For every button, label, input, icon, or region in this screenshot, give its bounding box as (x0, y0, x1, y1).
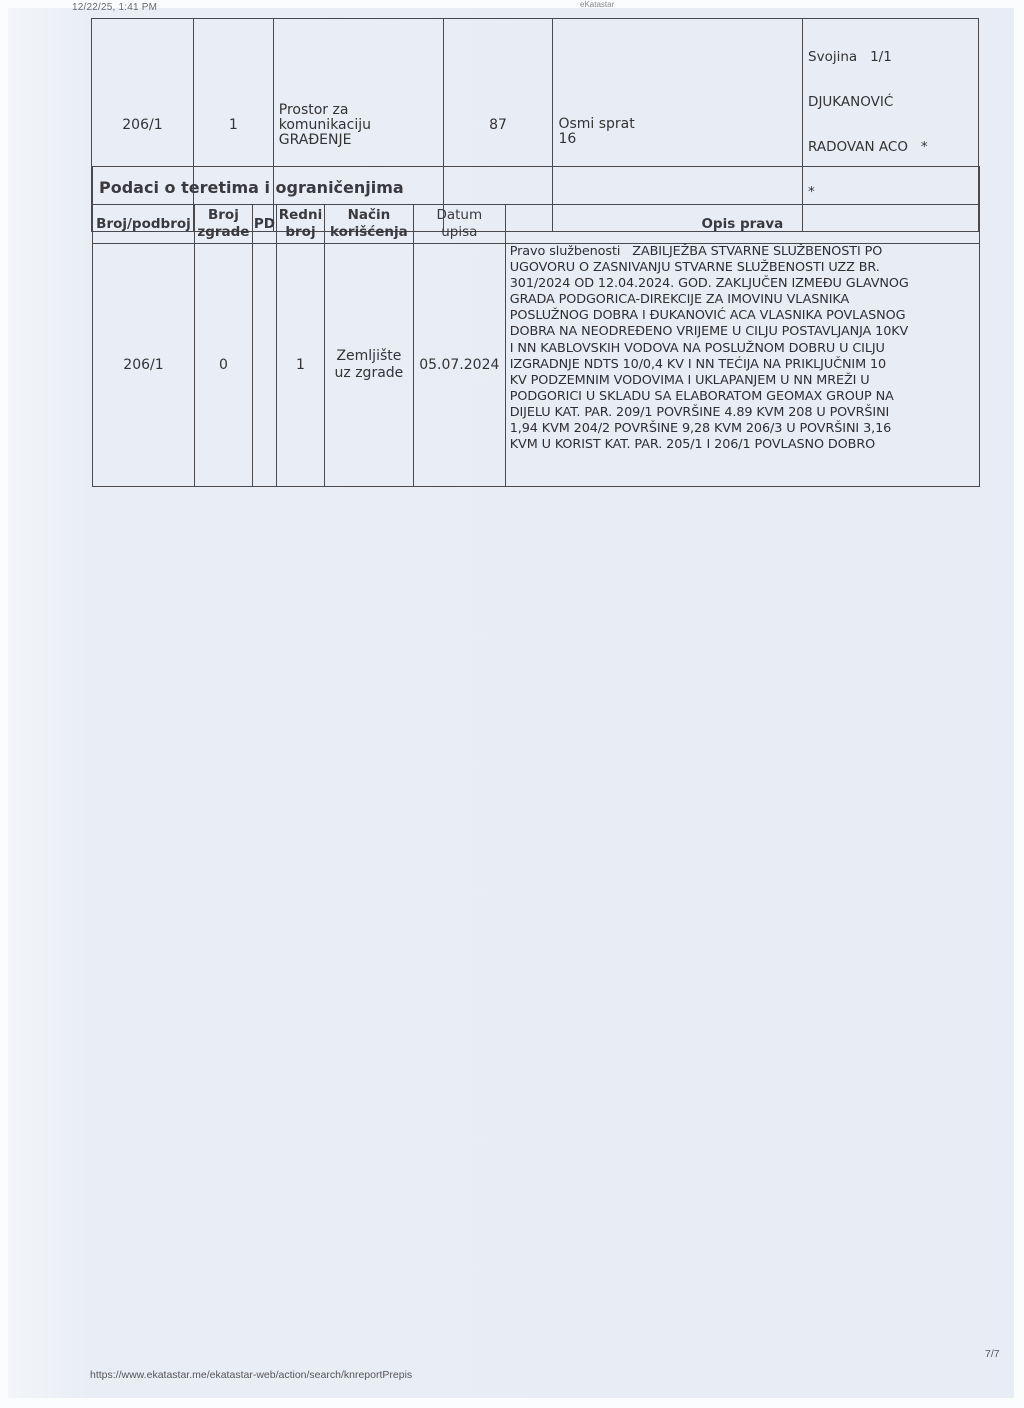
section-title: Podaci o teretima i ograničenjima (93, 167, 980, 205)
description-line: DOBRA NA NEODREĐENO VRIJEME U CILJU POST… (510, 324, 976, 340)
description-line: POSLUŽNOG DOBRA I ĐUKANOVIĆ ACA VLASNIKA… (510, 308, 976, 324)
col-header-parcel: Broj/podbroj (93, 205, 195, 244)
source-url: https://www.ekatastar.me/ekatastar-web/a… (90, 1369, 412, 1381)
pd-cell (252, 244, 276, 487)
description-cell: Pravo službenosti ZABILJEŽBA STVARNE SLU… (505, 244, 979, 487)
description-line: Pravo službenosti ZABILJEŽBA STVARNE SLU… (510, 244, 976, 260)
description-line: I NN KABLOVSKIH VODOVA NA POSLUŽNOM DOBR… (510, 341, 976, 357)
usage-cell: Zemljište uz zgrade (324, 244, 413, 487)
print-datetime: 12/22/25, 1:41 PM (72, 2, 157, 13)
col-header-serial-no: Rednibroj (277, 205, 325, 244)
col-header-pd: PD (252, 205, 276, 244)
building-no-cell: 0 (194, 244, 252, 487)
description-line: KVM U KORIST KAT. PAR. 205/1 I 206/1 POV… (510, 437, 976, 453)
burdens-table: Podaci o teretima i ograničenjima Broj/p… (92, 166, 980, 487)
description-line: UGOVORU O ZASNIVANJU STVARNE SLUŽBENOSTI… (510, 260, 976, 276)
description-line: 301/2024 OD 12.04.2024. GOD. ZAKLJUČEN I… (510, 276, 976, 292)
col-header-building-no: Brojzgrade (194, 205, 252, 244)
print-header-title: eKatastar (580, 0, 614, 9)
description-line: 1,94 KVM 204/2 POVRŠINE 9,28 KVM 206/3 U… (510, 421, 976, 437)
parcel-cell: 206/1 (93, 244, 195, 487)
table-row: 206/1 0 1 Zemljište uz zgrade 05.07.2024… (93, 244, 980, 487)
description-line: GRADA PODGORICA-DIREKCIJE ZA IMOVINU VLA… (510, 292, 976, 308)
date-cell: 05.07.2024 (413, 244, 505, 487)
page-number: 7/7 (985, 1348, 1000, 1360)
description-line: IZGRADNJE NDTS 10/0,4 KV I NN TEĆIJA NA … (510, 357, 976, 373)
col-header-usage: Načinkorišćenja (324, 205, 413, 244)
col-header-date: Datumupisa (413, 205, 505, 244)
header-row: Broj/podbroj Brojzgrade PD Rednibroj Nač… (93, 205, 980, 244)
description-line: DIJELU KAT. PAR. 209/1 POVRŠINE 4.89 KVM… (510, 405, 976, 421)
description-line: PODGORICI U SKLADU SA ELABORATOM GEOMAX … (510, 389, 976, 405)
col-header-description: Opis prava (505, 205, 979, 244)
description-line: KV PODZEMNIM VODOVIMA I UKLAPANJEM U NN … (510, 373, 976, 389)
serial-no-cell: 1 (277, 244, 325, 487)
